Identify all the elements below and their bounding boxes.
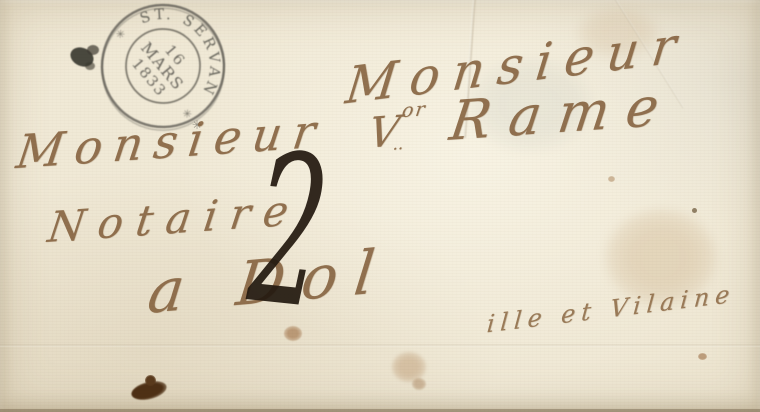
letter-cover-scan: ST. SERVAN ✳ ✳ 16 MARS 1833 ✳ Monsieur M… [0, 0, 760, 412]
address-name-monsieur: Monsieur [14, 107, 329, 175]
address-name-initial: Vor‥ [366, 100, 428, 154]
postmark-town-arc-text: ST. SERVAN [134, 0, 246, 104]
address-line-department: ille et Vilaine [486, 282, 737, 337]
speck [698, 353, 707, 360]
ink-blot-stain [145, 375, 156, 386]
stain [284, 326, 302, 341]
stain [412, 378, 426, 390]
postmark-month: MARS [137, 38, 188, 94]
stain [392, 352, 426, 382]
paper-crease [0, 344, 760, 347]
postmark-date-block: 16 MARS 1833 [124, 28, 200, 105]
postmark-star-left-icon: ✳ [112, 26, 128, 41]
speck [608, 176, 615, 182]
speck [692, 208, 697, 213]
address-line-town: a Dol [145, 241, 395, 323]
postmark-fleuron-icon [67, 44, 99, 70]
postmark-year: 1833 [128, 55, 170, 100]
initial-dots: ‥ [392, 136, 407, 153]
address-line-profession: Notaire [45, 189, 304, 249]
ink-blot-stain [129, 378, 168, 403]
postmark-inner-ring [111, 14, 215, 118]
address-surname: Rame [447, 79, 679, 149]
initial-superscript: or [401, 98, 429, 122]
postmark-day: 16 [161, 41, 190, 70]
